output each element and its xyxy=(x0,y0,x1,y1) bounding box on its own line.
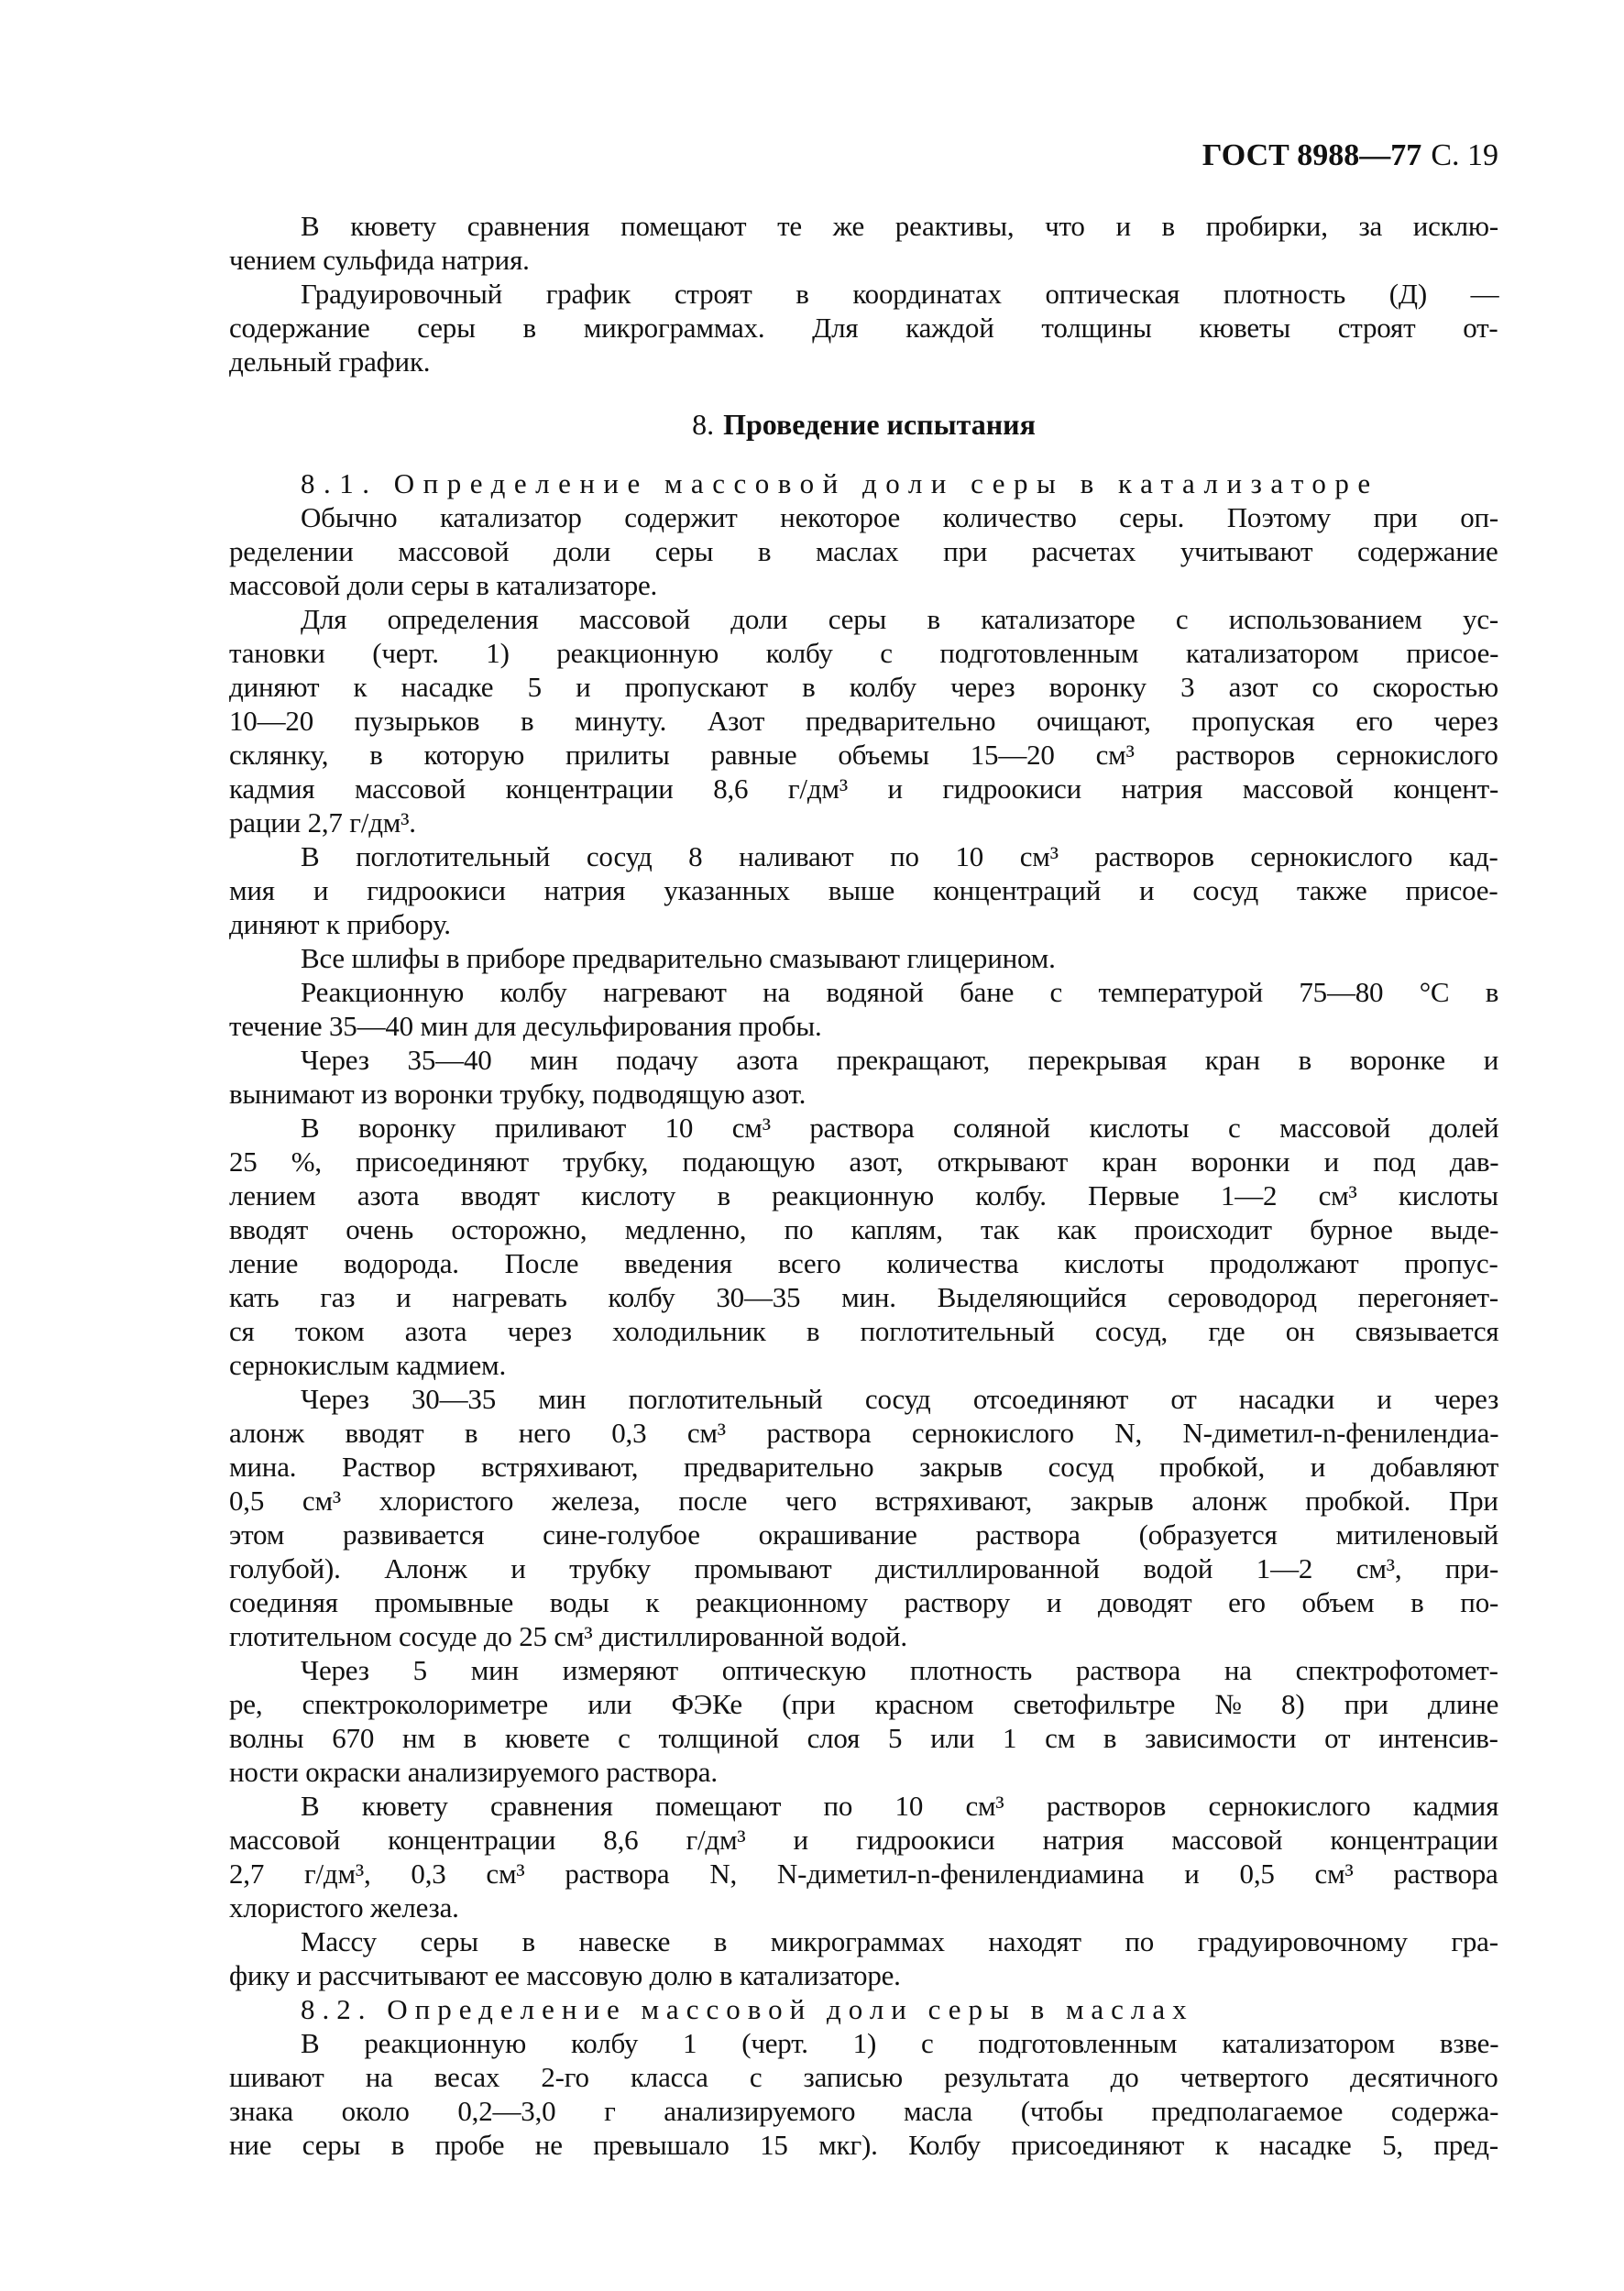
paragraph: Для определения массовой доли серы в кат… xyxy=(229,602,1498,839)
text-line: этом развивается сине-голубое окрашивани… xyxy=(229,1518,1498,1551)
text-line: Градуировочный график строят в координат… xyxy=(229,277,1498,311)
text-line: В воронку приливают 10 см³ раствора соля… xyxy=(229,1111,1498,1145)
text-line: шивают на весах 2-го класса с записью ре… xyxy=(229,2060,1498,2094)
subsection-heading-8-1: 8.1. Определение массовой доли серы в ка… xyxy=(229,466,1498,500)
subsection-heading-8-2: 8.2. Определение массовой доли серы в ма… xyxy=(229,1992,1498,2026)
text-line: Реакционную колбу нагревают на водяной б… xyxy=(229,975,1498,1009)
text-line: ся током азота через холодильник в погло… xyxy=(229,1314,1498,1348)
text-line: кадмия массовой концентрации 8,6 г/дм³ и… xyxy=(229,772,1498,806)
running-head: ГОСТ 8988—77С. 19 xyxy=(1202,137,1498,174)
text-line: дельный график. xyxy=(229,345,1498,378)
text-line: ределении массовой доли серы в маслах пр… xyxy=(229,534,1498,568)
text-line: 2,7 г/дм³, 0,3 см³ раствора N, N-диметил… xyxy=(229,1857,1498,1891)
text-line: вынимают из воронки трубку, подводящую а… xyxy=(229,1077,1498,1111)
text-line: Через 5 мин измеряют оптическую плотност… xyxy=(229,1653,1498,1687)
text-line: кать газ и нагревать колбу 30—35 мин. Вы… xyxy=(229,1280,1498,1314)
paragraph: В кювету сравнения помещают по 10 см³ ра… xyxy=(229,1789,1498,1924)
text-line: фику и рассчитывают ее массовую долю в к… xyxy=(229,1958,1498,1992)
paragraph-intro-2: Градуировочный график строят в координат… xyxy=(229,277,1498,378)
text-line: мия и гидроокиси натрия указанных выше к… xyxy=(229,873,1498,907)
text-line: ние серы в пробе не превышало 15 мкг). К… xyxy=(229,2128,1498,2162)
section-number: 8. xyxy=(692,408,714,441)
paragraph: Через 35—40 мин подачу азота прекращают,… xyxy=(229,1043,1498,1111)
text-line: ление водорода. После введения всего кол… xyxy=(229,1246,1498,1280)
text-line: вводят очень осторожно, медленно, по кап… xyxy=(229,1212,1498,1246)
text-line: Массу серы в навеске в микрограммах нахо… xyxy=(229,1924,1498,1958)
paragraph: Обычно катализатор содержит некоторое ко… xyxy=(229,500,1498,602)
text-line: 10—20 пузырьков в минуту. Азот предварит… xyxy=(229,704,1498,738)
page-number: С. 19 xyxy=(1431,138,1498,172)
section-heading: 8.Проведение испытания xyxy=(229,406,1498,443)
text-line: массовой концентрации 8,6 г/дм³ и гидроо… xyxy=(229,1823,1498,1857)
text-line: глотительном сосуде до 25 см³ дистиллиро… xyxy=(229,1619,1498,1653)
text-line: В поглотительный сосуд 8 наливают по 10 … xyxy=(229,839,1498,873)
text-line: лением азота вводят кислоту в реакционну… xyxy=(229,1178,1498,1212)
text-line: В реакционную колбу 1 (черт. 1) с подгот… xyxy=(229,2026,1498,2060)
text-line: волны 670 нм в кювете с толщиной слоя 5 … xyxy=(229,1721,1498,1755)
text-line: соединяя промывные воды к реакционному р… xyxy=(229,1585,1498,1619)
text-line: диняют к прибору. xyxy=(229,907,1498,941)
text-line: диняют к насадке 5 и пропускают в колбу … xyxy=(229,670,1498,704)
standard-number: ГОСТ 8988—77 xyxy=(1202,138,1421,172)
paragraph: Через 5 мин измеряют оптическую плотност… xyxy=(229,1653,1498,1789)
text-line: знака около 0,2—3,0 г анализируемого мас… xyxy=(229,2094,1498,2128)
paragraph: В воронку приливают 10 см³ раствора соля… xyxy=(229,1111,1498,1382)
paragraph: Все шлифы в приборе предварительно смазы… xyxy=(229,941,1498,975)
text-line: алонж вводят в него 0,3 см³ раствора сер… xyxy=(229,1416,1498,1450)
paragraph-intro-1: В кювету сравнения помещают те же реакти… xyxy=(229,209,1498,277)
text-line: сернокислым кадмием. xyxy=(229,1348,1498,1382)
text-line: Для определения массовой доли серы в кат… xyxy=(229,602,1498,636)
text-line: ре, спектроколориметре или ФЭКе (при кра… xyxy=(229,1687,1498,1721)
text-line: течение 35—40 мин для десульфирования пр… xyxy=(229,1009,1498,1043)
section-title: Проведение испытания xyxy=(723,408,1036,441)
paragraph: Массу серы в навеске в микрограммах нахо… xyxy=(229,1924,1498,1992)
text-line: Все шлифы в приборе предварительно смазы… xyxy=(229,941,1498,975)
text-line: содержание серы в микрограммах. Для кажд… xyxy=(229,311,1498,345)
text-line: голубой). Алонж и трубку промывают дисти… xyxy=(229,1551,1498,1585)
text-line: В кювету сравнения помещают те же реакти… xyxy=(229,209,1498,243)
paragraph: Реакционную колбу нагревают на водяной б… xyxy=(229,975,1498,1043)
paragraph: В реакционную колбу 1 (черт. 1) с подгот… xyxy=(229,2026,1498,2162)
paragraph: Через 30—35 мин поглотительный сосуд отс… xyxy=(229,1382,1498,1653)
text-line: чением сульфида натрия. xyxy=(229,243,1498,277)
text-line: Обычно катализатор содержит некоторое ко… xyxy=(229,500,1498,534)
text-line: массовой доли серы в катализаторе. xyxy=(229,568,1498,602)
text-line: склянку, в которую прилиты равные объемы… xyxy=(229,738,1498,772)
paragraph: В поглотительный сосуд 8 наливают по 10 … xyxy=(229,839,1498,941)
text-line: 0,5 см³ хлористого железа, после чего вс… xyxy=(229,1484,1498,1518)
text-line: мина. Раствор встряхивают, предварительн… xyxy=(229,1450,1498,1484)
text-line: В кювету сравнения помещают по 10 см³ ра… xyxy=(229,1789,1498,1823)
text-line: 25 %, присоединяют трубку, подающую азот… xyxy=(229,1145,1498,1178)
text-line: Через 30—35 мин поглотительный сосуд отс… xyxy=(229,1382,1498,1416)
document-body: В кювету сравнения помещают те же реакти… xyxy=(229,209,1498,2162)
text-line: рации 2,7 г/дм³. xyxy=(229,806,1498,839)
text-line: хлористого железа. xyxy=(229,1891,1498,1924)
text-line: ности окраски анализируемого раствора. xyxy=(229,1755,1498,1789)
text-line: тановки (черт. 1) реакционную колбу с по… xyxy=(229,636,1498,670)
text-line: Через 35—40 мин подачу азота прекращают,… xyxy=(229,1043,1498,1077)
